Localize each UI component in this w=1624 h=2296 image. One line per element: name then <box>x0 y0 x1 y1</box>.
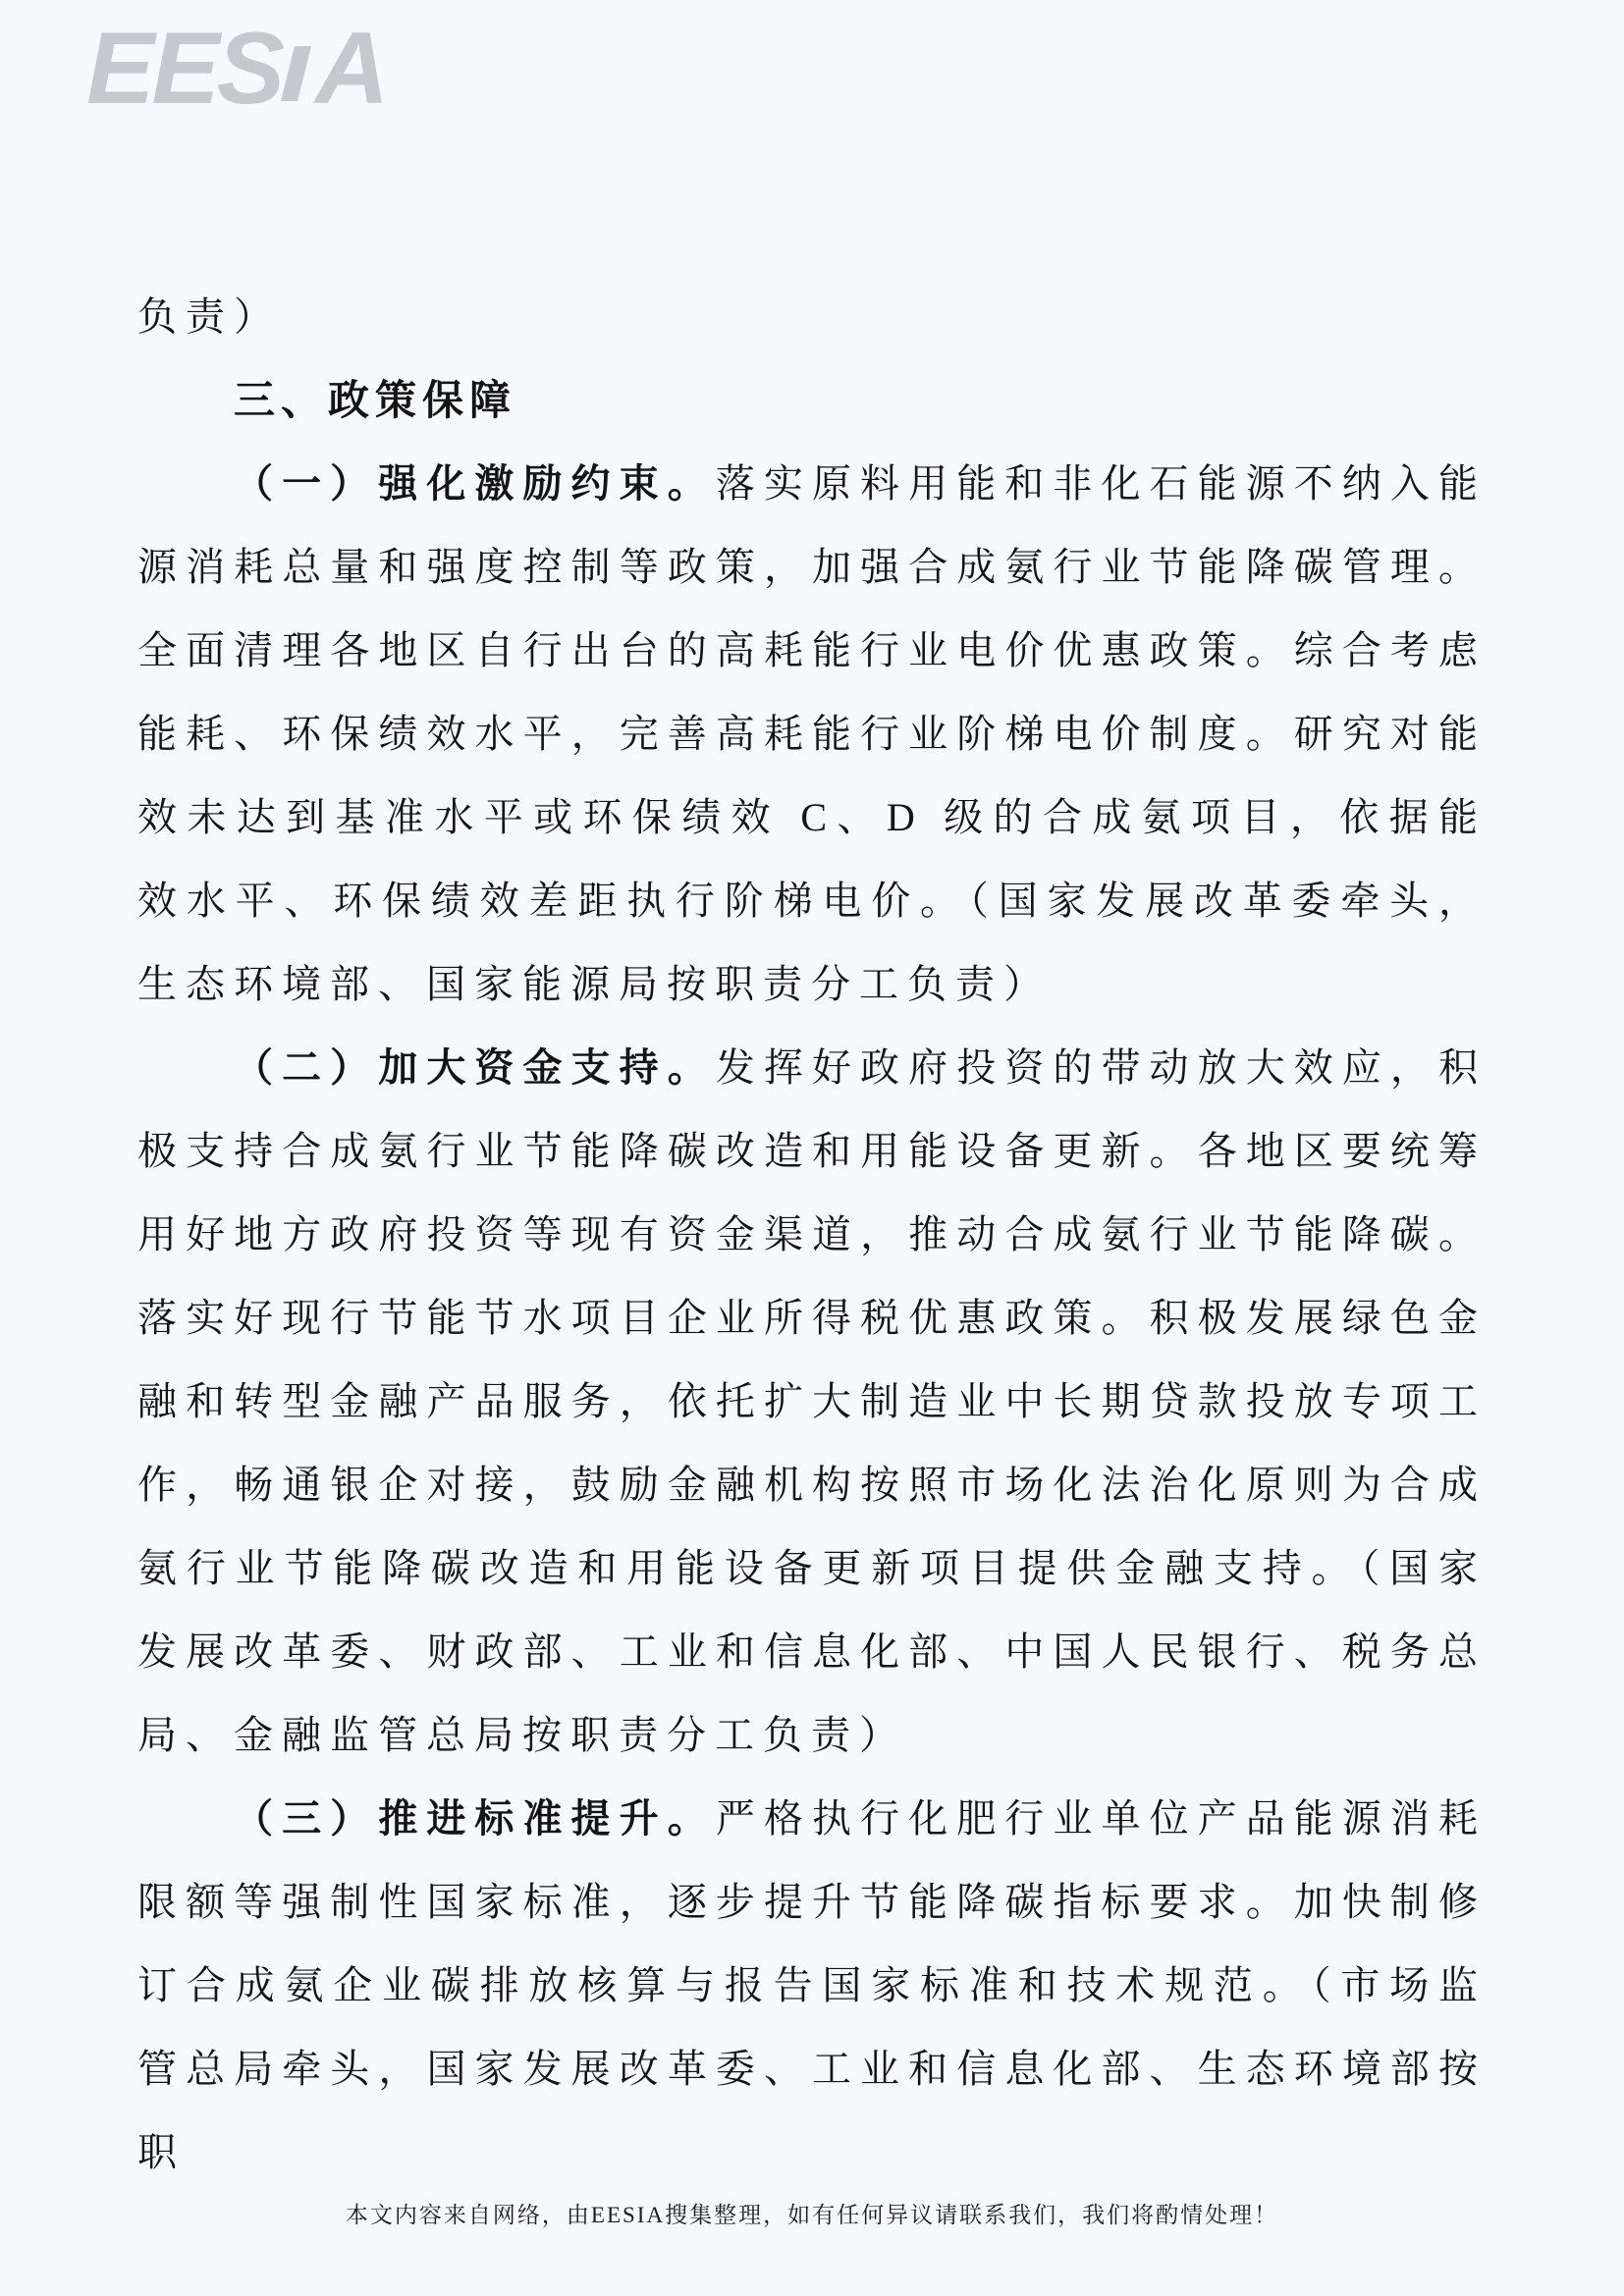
logo-text-left: EES <box>86 12 282 126</box>
paragraph-1-body: 落实原料用能和非化石能源不纳入能源消耗总量和强度控制等政策，加强合成氨行业节能降… <box>137 461 1487 1006</box>
paragraph-2-lead: （二）加大资金支持。 <box>234 1045 716 1090</box>
section-heading-text: 三、政策保障 <box>234 377 516 423</box>
logo-i-stem <box>281 46 311 101</box>
footer-disclaimer: 本文内容来自网络，由EESIA搜集整理，如有任何异议请联系我们，我们将酌情处理！ <box>0 2197 1624 2229</box>
paragraph-2-body: 发挥好政府投资的带动放大效应，积极支持合成氨行业节能降碳改造和用能设备更新。各地… <box>137 1045 1487 1757</box>
eesia-logo: EESA <box>86 18 386 120</box>
continuation-line: 负责） <box>137 275 1487 358</box>
continuation-text: 负责） <box>137 294 282 339</box>
paragraph-3: （三）推进标准提升。严格执行化肥行业单位产品能源消耗限额等强制性国家标准，逐步提… <box>137 1777 1487 2194</box>
logo-letter-i <box>282 25 315 103</box>
paragraph-1-lead: （一）强化激励约束。 <box>234 461 716 506</box>
paragraph-2: （二）加大资金支持。发挥好政府投资的带动放大效应，积极支持合成氨行业节能降碳改造… <box>137 1026 1487 1777</box>
paragraph-1: （一）强化激励约束。落实原料用能和非化石能源不纳入能源消耗总量和强度控制等政策，… <box>137 442 1487 1026</box>
document-page: EESA 负责） 三、政策保障 （一）强化激励约束。落实原料用能和非化石能源不纳… <box>0 0 1624 2296</box>
document-body: 负责） 三、政策保障 （一）强化激励约束。落实原料用能和非化石能源不纳入能源消耗… <box>137 275 1487 2194</box>
footer-text: 本文内容来自网络，由EESIA搜集整理，如有任何异议请联系我们，我们将酌情处理！ <box>346 2203 1278 2227</box>
logo-text-right: A <box>315 12 386 126</box>
paragraph-3-lead: （三）推进标准提升。 <box>234 1796 716 1841</box>
paragraph-3-body: 严格执行化肥行业单位产品能源消耗限额等强制性国家标准，逐步提升节能降碳指标要求。… <box>137 1796 1487 2174</box>
section-heading: 三、政策保障 <box>137 358 1487 442</box>
